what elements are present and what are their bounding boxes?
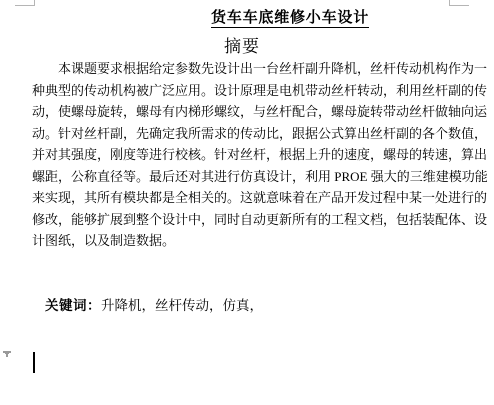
abstract-line: 计图纸，以及制造数据。 bbox=[32, 230, 488, 252]
abstract-heading: 摘要 bbox=[224, 37, 260, 57]
keywords-label: 关键词： bbox=[45, 298, 101, 313]
abstract-line: 并对其强度，刚度等进行校核。针对丝杆，根据上升的速度，螺母的转速，算出 bbox=[32, 144, 488, 166]
document-page[interactable]: 货车车底维修小车设计 摘要 本课题要求根据给定参数先设计出一台丝杆副升降机，丝杆… bbox=[0, 0, 494, 405]
abstract-line: 本课题要求根据给定参数先设计出一台丝杆副升降机，丝杆传动机构作为一 bbox=[32, 58, 488, 80]
document-title: 货车车底维修小车设计 bbox=[211, 9, 369, 28]
keywords-text: 升降机，丝杆传动，仿真， bbox=[101, 298, 263, 313]
abstract-paragraph[interactable]: 本课题要求根据给定参数先设计出一台丝杆副升降机，丝杆传动机构作为一种典型的传动机… bbox=[32, 58, 488, 252]
margin-crop-mark-top-right bbox=[449, 0, 469, 6]
abstract-line: 螺距，公称直径等。最后还对其进行仿真设计，利用 PROE 强大的三维建模功能 bbox=[32, 166, 488, 188]
text-cursor bbox=[33, 352, 35, 373]
format-mark-icon bbox=[3, 351, 11, 358]
abstract-line: 动。针对丝杆副，先确定我所需求的传动比，跟据公式算出丝杆副的各个数值， bbox=[32, 123, 488, 145]
abstract-line: 种典型的传动机构被广泛应用。设计原理是电机带动丝杆转动，利用丝杆副的传 bbox=[32, 80, 488, 102]
abstract-line: 来实现，其所有模块都是全相关的。这就意味着在产品开发过程中某一处进行的 bbox=[32, 187, 488, 209]
abstract-line: 修改，能够扩展到整个设计中，同时自动更新所有的工程文档，包括装配体、设 bbox=[32, 209, 488, 231]
margin-crop-mark-top-left bbox=[15, 0, 35, 6]
abstract-line: 动，使螺母旋转，螺母有内梯形螺纹，与丝杆配合，螺母旋转带动丝杆做轴向运 bbox=[32, 101, 488, 123]
keywords-line: 关键词：升降机，丝杆传动，仿真， bbox=[45, 297, 263, 314]
format-mark-stem bbox=[6, 354, 8, 357]
